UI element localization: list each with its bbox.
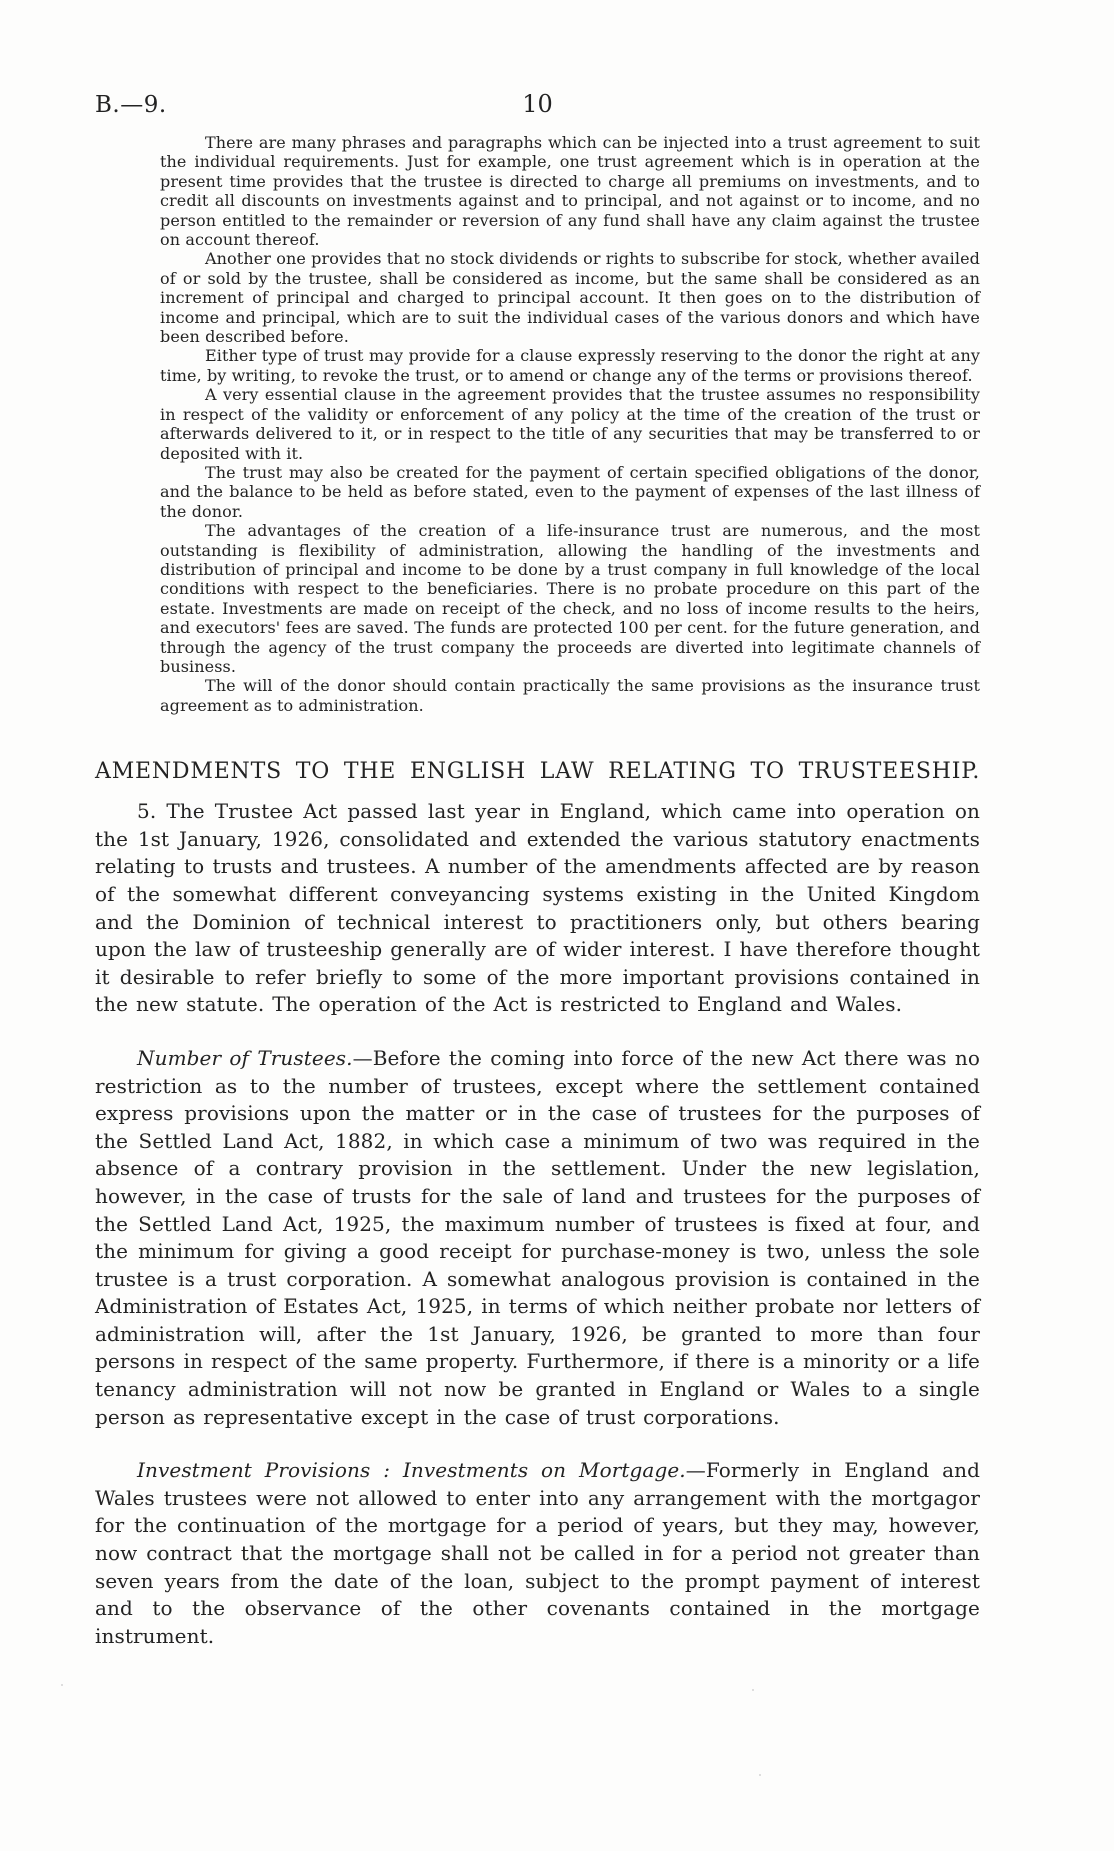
small-print-paragraph: Either type of trust may provide for a c… (160, 346, 980, 385)
document-page: B.—9. 10 There are many phrases and para… (0, 0, 1114, 1851)
small-print-paragraph: The will of the donor should contain pra… (160, 676, 980, 715)
small-print-paragraph: Another one provides that no stock divid… (160, 249, 980, 346)
small-print-paragraph: The advantages of the creation of a life… (160, 521, 980, 676)
paragraph-text: 5. The Trustee Act passed last year in E… (95, 799, 980, 1016)
main-section: 5. The Trustee Act passed last year in E… (95, 798, 980, 1650)
paragraph-lead-italic: Number of Trustees. (137, 1046, 353, 1070)
scan-speck (752, 1689, 754, 1691)
scan-speck (759, 1774, 761, 1776)
page-content: There are many phrases and paragraphs wh… (95, 133, 980, 1650)
paragraph-text: —Before the coming into force of the new… (95, 1046, 980, 1429)
small-print-paragraph: There are many phrases and paragraphs wh… (160, 133, 980, 249)
main-paragraph: Number of Trustees.—Before the coming in… (95, 1045, 980, 1431)
page-number: 10 (95, 90, 980, 118)
main-paragraph: Investment Provisions : Investments on M… (95, 1457, 980, 1650)
paragraph-lead-italic: Investment Provisions : Investments on M… (137, 1458, 686, 1482)
small-print-paragraph: A very essential clause in the agreement… (160, 385, 980, 463)
small-print-paragraph: The trust may also be created for the pa… (160, 463, 980, 521)
paragraph-text: —Formerly in England and Wales trustees … (95, 1458, 980, 1648)
scan-speck (61, 1684, 63, 1686)
section-heading: AMENDMENTS TO THE ENGLISH LAW RELATING T… (95, 759, 980, 784)
page-header: B.—9. 10 (95, 90, 980, 124)
main-paragraph: 5. The Trustee Act passed last year in E… (95, 798, 980, 1019)
small-print-section: There are many phrases and paragraphs wh… (160, 133, 980, 715)
